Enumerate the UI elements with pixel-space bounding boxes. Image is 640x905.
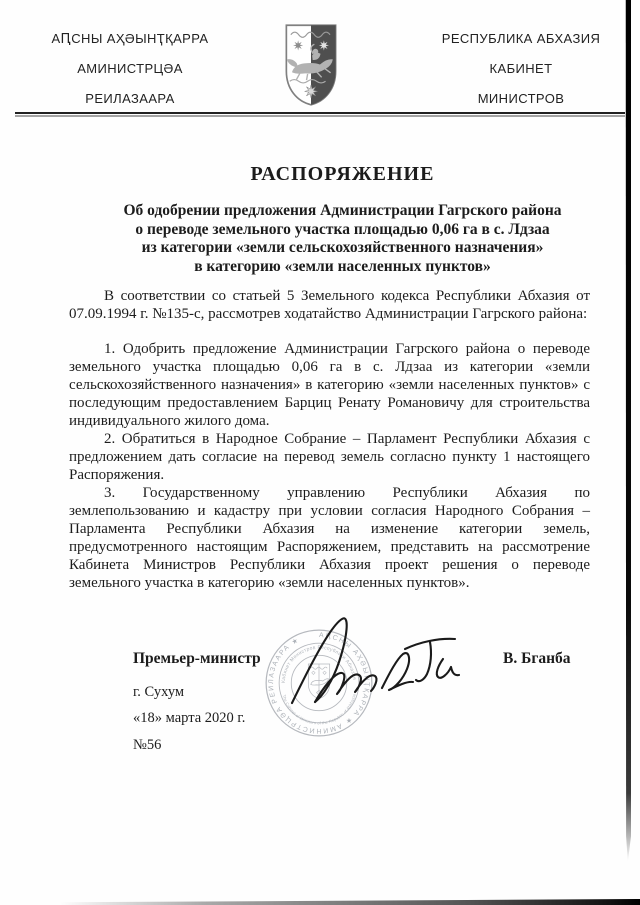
org-name-russian-line2: КАБИНЕТ bbox=[415, 54, 627, 84]
scan-edge-artifact-bottom bbox=[60, 899, 640, 905]
subject-line: Об одобрении предложения Администрации Г… bbox=[80, 202, 605, 221]
org-name-russian-line1: РЕСПУБЛИКА АБХАЗИЯ bbox=[415, 24, 627, 54]
scanned-document-page: АԤСНЫ АҲӘЫНҬҚАРРА АМИНИСТРЦӘА РЕИЛАЗААРА… bbox=[0, 0, 640, 905]
subject-line: из категории «земли сельскохозяйственног… bbox=[80, 239, 605, 258]
document-subject: Об одобрении предложения Администрации Г… bbox=[80, 202, 605, 276]
org-name-russian: РЕСПУБЛИКА АБХАЗИЯ КАБИНЕТ МИНИСТРОВ bbox=[415, 24, 627, 114]
subject-line: в категорию «земли населенных пунктов» bbox=[80, 258, 605, 277]
document-body: В соответствии со статьей 5 Земельного к… bbox=[69, 287, 590, 592]
org-name-russian-line3: МИНИСТРОВ bbox=[415, 84, 627, 114]
issue-city: г. Сухум bbox=[133, 684, 184, 701]
paragraph-item-1: 1. Одобрить предложение Администрации Га… bbox=[69, 340, 590, 430]
document-number: №56 bbox=[133, 737, 161, 754]
org-name-abkhazian-line2: АМИНИСТРЦӘА bbox=[22, 54, 238, 84]
handwritten-signature-icon bbox=[278, 604, 478, 716]
document-title: РАСПОРЯЖЕНИЕ bbox=[80, 163, 605, 186]
signatory-name: В. Бганба bbox=[503, 650, 571, 668]
header-divider-line bbox=[15, 112, 625, 117]
coat-of-arms-icon bbox=[283, 23, 339, 107]
scan-edge-artifact-right bbox=[624, 0, 631, 862]
issue-date: «18» марта 2020 г. bbox=[133, 710, 245, 727]
paragraph-item-3: 3. Государственному управлению Республик… bbox=[69, 484, 590, 592]
org-name-abkhazian: АԤСНЫ АҲӘЫНҬҚАРРА АМИНИСТРЦӘА РЕИЛАЗААРА bbox=[22, 24, 238, 114]
signatory-role: Премьер-министр bbox=[133, 650, 261, 668]
paragraph-item-2: 2. Обратиться в Народное Собрание – Парл… bbox=[69, 430, 590, 484]
org-name-abkhazian-line1: АԤСНЫ АҲӘЫНҬҚАРРА bbox=[22, 24, 238, 54]
org-name-abkhazian-line3: РЕИЛАЗААРА bbox=[22, 84, 238, 114]
subject-line: о переводе земельного участка площадью 0… bbox=[80, 221, 605, 240]
intro-paragraph: В соответствии со статьей 5 Земельного к… bbox=[69, 287, 590, 323]
